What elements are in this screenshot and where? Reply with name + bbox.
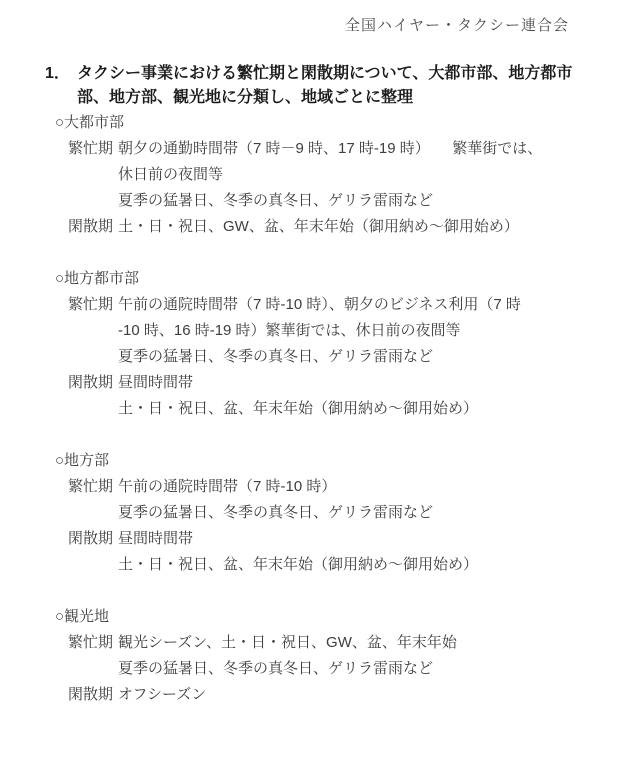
document-page: 全国ハイヤー・タクシー連合会 1． タクシー事業における繁忙期と閑散期について、… <box>0 0 631 771</box>
section-title: ○地方都市部 <box>55 266 631 292</box>
period-row: 繁忙期 午前の通院時間帯（7 時-10 時） <box>55 474 631 500</box>
period-label <box>68 162 118 188</box>
period-text: 夏季の猛暑日、冬季の真冬日、ゲリラ雷雨など <box>118 188 631 214</box>
period-row: 繁忙期 朝夕の通勤時間帯（7 時－9 時、17 時-19 時） 繁華街では、 <box>55 136 631 162</box>
period-row: 閑散期 土・日・祝日、GW、盆、年末年始（御用納め～御用始め） <box>55 214 631 240</box>
period-text: 観光シーズン、土・日・祝日、GW、盆、年末年始 <box>118 630 631 656</box>
section-title: ○大都市部 <box>55 110 631 136</box>
organization-name: 全国ハイヤー・タクシー連合会 <box>0 0 631 36</box>
section-rural: ○地方部 繁忙期 午前の通院時間帯（7 時-10 時） 夏季の猛暑日、冬季の真冬… <box>55 448 631 578</box>
document-heading: 1． タクシー事業における繁忙期と閑散期について、大都市部、地方都市部、地方部、… <box>0 62 631 110</box>
period-label <box>68 552 118 578</box>
period-label <box>68 344 118 370</box>
period-text: 土・日・祝日、盆、年末年始（御用納め～御用始め） <box>118 396 631 422</box>
period-row: 休日前の夜間等 <box>55 162 631 188</box>
period-text: オフシーズン <box>118 682 631 708</box>
period-text: 土・日・祝日、盆、年末年始（御用納め～御用始め） <box>118 552 631 578</box>
period-label <box>68 396 118 422</box>
period-label: 繁忙期 <box>68 292 118 318</box>
period-text: 土・日・祝日、GW、盆、年末年始（御用納め～御用始め） <box>118 214 631 240</box>
period-row: 土・日・祝日、盆、年末年始（御用納め～御用始め） <box>55 552 631 578</box>
heading-number: 1． <box>45 62 77 110</box>
period-text: 休日前の夜間等 <box>118 162 631 188</box>
period-label: 閑散期 <box>68 370 118 396</box>
period-row: 土・日・祝日、盆、年末年始（御用納め～御用始め） <box>55 396 631 422</box>
section-tourist: ○観光地 繁忙期 観光シーズン、土・日・祝日、GW、盆、年末年始 夏季の猛暑日、… <box>55 604 631 708</box>
period-text: 昼間時間帯 <box>118 526 631 552</box>
period-label: 閑散期 <box>68 526 118 552</box>
period-row: 繁忙期 午前の通院時間帯（7 時-10 時）、朝夕のビジネス利用（7 時 <box>55 292 631 318</box>
period-text: 午前の通院時間帯（7 時-10 時）、朝夕のビジネス利用（7 時 <box>118 292 631 318</box>
period-row: 夏季の猛暑日、冬季の真冬日、ゲリラ雷雨など <box>55 656 631 682</box>
period-label <box>68 500 118 526</box>
period-label <box>68 318 118 344</box>
section-metropolitan: ○大都市部 繁忙期 朝夕の通勤時間帯（7 時－9 時、17 時-19 時） 繁華… <box>55 110 631 240</box>
period-label: 閑散期 <box>68 682 118 708</box>
heading-text: タクシー事業における繁忙期と閑散期について、大都市部、地方都市部、地方部、観光地… <box>77 62 577 110</box>
period-row: 閑散期 オフシーズン <box>55 682 631 708</box>
period-label <box>68 656 118 682</box>
document-body: ○大都市部 繁忙期 朝夕の通勤時間帯（7 時－9 時、17 時-19 時） 繁華… <box>0 110 631 708</box>
period-row: 夏季の猛暑日、冬季の真冬日、ゲリラ雷雨など <box>55 500 631 526</box>
section-title: ○観光地 <box>55 604 631 630</box>
period-text: 昼間時間帯 <box>118 370 631 396</box>
period-label: 閑散期 <box>68 214 118 240</box>
period-text: 朝夕の通勤時間帯（7 時－9 時、17 時-19 時） 繁華街では、 <box>118 136 631 162</box>
period-label: 繁忙期 <box>68 474 118 500</box>
period-label <box>68 188 118 214</box>
period-row: 繁忙期 観光シーズン、土・日・祝日、GW、盆、年末年始 <box>55 630 631 656</box>
period-row: -10 時、16 時-19 時）繁華街では、休日前の夜間等 <box>55 318 631 344</box>
section-title: ○地方部 <box>55 448 631 474</box>
period-text: -10 時、16 時-19 時）繁華街では、休日前の夜間等 <box>118 318 631 344</box>
period-text: 夏季の猛暑日、冬季の真冬日、ゲリラ雷雨など <box>118 500 631 526</box>
period-row: 閑散期 昼間時間帯 <box>55 526 631 552</box>
period-row: 夏季の猛暑日、冬季の真冬日、ゲリラ雷雨など <box>55 344 631 370</box>
period-row: 閑散期 昼間時間帯 <box>55 370 631 396</box>
period-label: 繁忙期 <box>68 630 118 656</box>
period-text: 夏季の猛暑日、冬季の真冬日、ゲリラ雷雨など <box>118 656 631 682</box>
section-regional-city: ○地方都市部 繁忙期 午前の通院時間帯（7 時-10 時）、朝夕のビジネス利用（… <box>55 266 631 422</box>
period-text: 午前の通院時間帯（7 時-10 時） <box>118 474 631 500</box>
period-row: 夏季の猛暑日、冬季の真冬日、ゲリラ雷雨など <box>55 188 631 214</box>
period-text: 夏季の猛暑日、冬季の真冬日、ゲリラ雷雨など <box>118 344 631 370</box>
period-label: 繁忙期 <box>68 136 118 162</box>
